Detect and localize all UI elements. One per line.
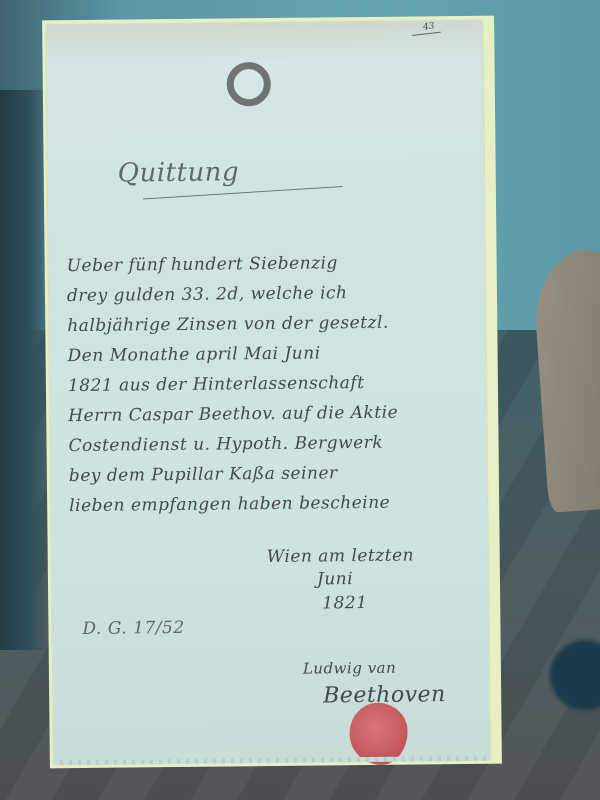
title-underline <box>143 186 343 200</box>
margin-note: D. G. 17/52 <box>82 618 184 639</box>
body-line: 1821 aus der Hinterlassenschaft <box>68 373 365 396</box>
place-line: Wien am letzten <box>267 545 415 567</box>
archive-stamp-icon <box>227 62 271 106</box>
body-line: bey dem Pupillar Kaßa seiner <box>69 463 338 486</box>
document-title: Quittung <box>118 157 240 188</box>
year-line: 1821 <box>322 593 367 613</box>
left-shadow-object <box>0 90 48 650</box>
month-line: Juni <box>317 569 353 589</box>
body-line: Herrn Caspar Beethov. auf die Aktie <box>68 403 398 426</box>
receipt-document: 43 Quittung Ueber fünf hundert Siebenzig… <box>46 20 490 763</box>
body-line: drey gulden 33. 2d, welche ich <box>67 283 348 306</box>
folio-number: 43 <box>411 21 442 36</box>
body-line: Costendienst u. Hypoth. Bergwerk <box>68 433 383 456</box>
body-line: Den Monathe april Mai Juni <box>68 343 321 366</box>
body-line: lieben empfangen haben bescheine <box>69 493 390 516</box>
body-line: Ueber fünf hundert Siebenzig <box>67 253 338 276</box>
body-line: halbjährige Zinsen von der gesetzl. <box>67 313 389 336</box>
closing-line: Ludwig van <box>303 659 396 678</box>
